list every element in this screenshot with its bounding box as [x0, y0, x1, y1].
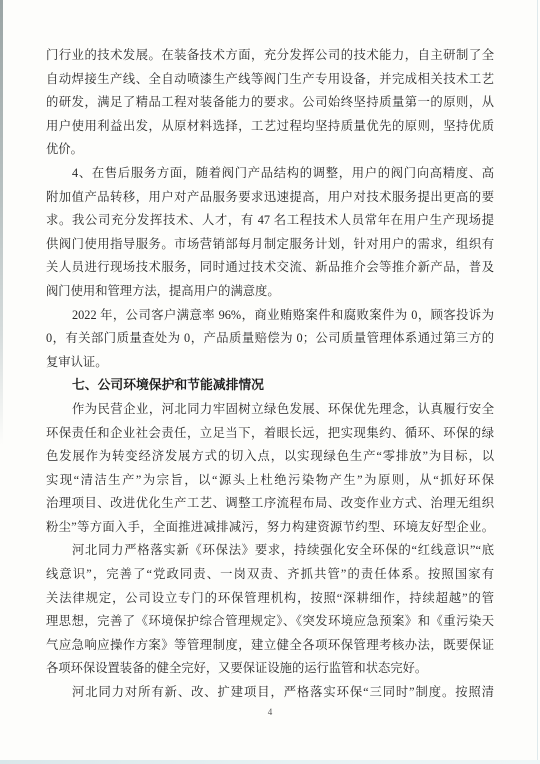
right-scan-edge [537, 0, 538, 764]
text-line: 自动焊接生产线、全自动喷漆生产线等阀门生产专用设备，并完成相关技术工艺 [46, 68, 494, 92]
text-line: 复审认证。 [46, 351, 494, 375]
bottom-scan-edge [0, 760, 540, 764]
text-line: 实现“清洁生产”为宗旨，以“源头上杜绝污染物产生”为原则，从“抓好环保 [46, 469, 494, 493]
section-heading: 七、公司环境保护和节能减排情况 [46, 374, 494, 398]
document-body: 门行业的技术发展。在装备技术方面，充分发挥公司的技术能力，自主研制了全 自动焊接… [46, 44, 494, 705]
text-line: 粉尘”等方面入手，全面推进减排减污，努力构建资源节约型、环境友好型企业。 [46, 516, 494, 540]
text-line: 河北同力严格落实新《环保法》要求，持续强化安全环保的“红线意识”“底 [46, 539, 494, 563]
text-line: 0，有关部门质量查处为 0，产品质量赔偿为 0；公司质量管理体系通过第三方的 [46, 327, 494, 351]
text-line: 优价。 [46, 138, 494, 162]
text-line: 阀门使用和管理方法，提高用户的满意度。 [46, 280, 494, 304]
text-line: 气应急响应操作方案》等管理制度，建立健全各项环保管理考核办法，既要保证 [46, 634, 494, 658]
paragraph-after-sales-service: 4、在售后服务方面，随着阀门产品结构的调整，用户的阀门向高精度、高 附加值产品转… [46, 162, 494, 304]
text-line: 河北同力对所有新、改、扩建项目，严格落实环保“三同时”制度。按照清 [46, 681, 494, 705]
text-line: 环保责任和企业社会责任，立足当下，着眼长远，把实现集约、循环、环保的绿 [46, 422, 494, 446]
paragraph-green-development: 作为民营企业，河北同力牢固树立绿色发展、环保优先理念，认真履行安全 环保责任和企… [46, 398, 494, 540]
text-line: 线意识”，完善了“党政同责、一岗双责、齐抓共管”的责任体系。按照国家有 [46, 563, 494, 587]
text-line: 理思想，完善了《环境保护综合管理规定》、《突发环境应急预案》和《重污染天 [46, 610, 494, 634]
text-line: 用户使用利益出发，从原材料选择，工艺过程均坚持质量优先的原则，坚持优质 [46, 115, 494, 139]
document-page: 门行业的技术发展。在装备技术方面，充分发挥公司的技术能力，自主研制了全 自动焊接… [0, 0, 540, 764]
text-line: 4、在售后服务方面，随着阀门产品结构的调整，用户的阀门向高精度、高 [46, 162, 494, 186]
text-line: 关法律规定，公司设立专门的环保管理机构，按照“深耕细作，持续超越”的管 [46, 587, 494, 611]
text-line: 关人员进行现场技术服务，同时通过技术交流、新品推介会等推介新产品，普及 [46, 256, 494, 280]
text-line: 求。我公司充分发挥技术、人才，有 47 名工程技术人员常年在用户生产现场提 [46, 209, 494, 233]
text-line: 作为民营企业，河北同力牢固树立绿色发展、环保优先理念，认真履行安全 [46, 398, 494, 422]
text-line: 附加值产品转移，用户对产品服务要求迅速提高，用户对技术服务提出更高的要 [46, 186, 494, 210]
text-line: 门行业的技术发展。在装备技术方面，充分发挥公司的技术能力，自主研制了全 [46, 44, 494, 68]
text-line: 供阀门使用指导服务。市场营销部每月制定服务计划，针对用户的需求，组织有 [46, 233, 494, 257]
text-line: 治理项目、改进优化生产工艺、调整工序流程布局、改变作业方式、治理无组织 [46, 492, 494, 516]
text-line: 各项环保设置装备的健全完好，又要保证设施的运行监管和状态完好。 [46, 657, 494, 681]
page-number: 4 [0, 706, 540, 718]
text-line: 的研发，满足了精品工程对装备能力的要求。公司始终坚持质量第一的原则，从 [46, 91, 494, 115]
text-line: 色发展作为转变经济发展方式的切入点，以实现绿色生产“零排放”为目标，以 [46, 445, 494, 469]
text-line: 2022 年，公司客户满意率 96%，商业贿赂案件和腐败案件为 0，顾客投诉为 [46, 304, 494, 328]
paragraph-environmental-management: 河北同力严格落实新《环保法》要求，持续强化安全环保的“红线意识”“底 线意识”，… [46, 539, 494, 681]
paragraph-three-simultaneous: 河北同力对所有新、改、扩建项目，严格落实环保“三同时”制度。按照清 [46, 681, 494, 705]
left-scan-edge [0, 0, 3, 445]
paragraph-customer-satisfaction: 2022 年，公司客户满意率 96%，商业贿赂案件和腐败案件为 0，顾客投诉为 … [46, 304, 494, 375]
paragraph-equipment-technology: 门行业的技术发展。在装备技术方面，充分发挥公司的技术能力，自主研制了全 自动焊接… [46, 44, 494, 162]
